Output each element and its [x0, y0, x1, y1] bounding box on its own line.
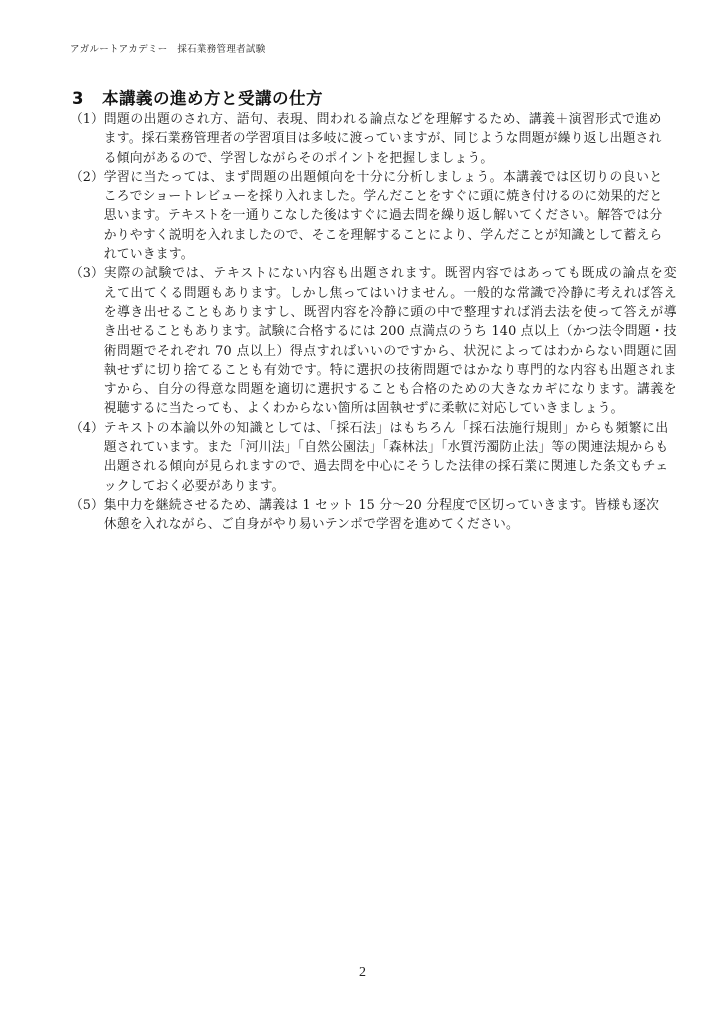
item-label: （1） — [70, 110, 104, 168]
item-label: （2） — [70, 168, 104, 264]
text-line: テキストの本論以外の知識としては、「採石法」はもちろん「採石法施行規則」からも頻… — [104, 419, 669, 438]
text-line: る傾向があるので、学習しながらそのポイントを把握しましょう。 — [104, 149, 662, 168]
section-title-text: 本講義の進め方と受講の仕方 — [102, 89, 323, 108]
text-line: 視聴するに当たっても、よくわからない箇所は固執せずに柔軟に対応していきましょう。 — [104, 399, 677, 418]
text-line: ます。採石業務管理者の学習項目は多岐に渡っていますが、同じような問題が繰り返し出… — [104, 129, 662, 148]
text-line: 学習に当たっては、まず問題の出題傾向を十分に分析しましょう。本講義では区切りの良… — [104, 168, 663, 187]
text-line: 集中力を継続させるため、講義は 1 セット 15 分～20 分程度で区切っていき… — [104, 496, 659, 515]
text-line: を導き出せることもありますし、既習内容を冷静に頭の中で整理すれば消去法を使って答… — [104, 303, 677, 322]
text-line: えて出てくる問題もあります。しかし焦ってはいけません。一般的な常識で冷静に考えれ… — [104, 284, 677, 303]
section-number: 3 — [72, 89, 102, 108]
text-line: 実際の試験では、テキストにない内容も出題されます。既習内容ではあっても既成の論点… — [104, 264, 677, 283]
paragraph-item-2: （2） 学習に当たっては、まず問題の出題傾向を十分に分析しましょう。本講義では区… — [70, 168, 638, 264]
page-number: 2 — [0, 965, 725, 981]
text-line: 術問題でそれぞれ 70 点以上）得点すればいいのですから、状況によってはわからな… — [104, 342, 677, 361]
paragraph-item-1: （1） 問題の出題のされ方、語句、表現、問われる論点などを理解するため、講義＋演… — [70, 110, 638, 168]
text-line: ックしておく必要があります。 — [104, 477, 669, 496]
text-line: 問題の出題のされ方、語句、表現、問われる論点などを理解するため、講義＋演習形式で… — [104, 110, 662, 129]
paragraph-item-3: （3） 実際の試験では、テキストにない内容も出題されます。既習内容ではあっても既… — [70, 264, 638, 418]
paragraph-item-4: （4） テキストの本論以外の知識としては、「採石法」はもちろん「採石法施行規則」… — [70, 419, 638, 496]
text-line: すから、自分の得意な問題を適切に選択することも合格のための大きなカギになります。… — [104, 380, 677, 399]
paragraph-item-5: （5） 集中力を継続させるため、講義は 1 セット 15 分～20 分程度で区切… — [70, 496, 638, 535]
text-line: かりやすく説明を入れましたので、そこを理解することにより、学んだことが知識として… — [104, 226, 663, 245]
running-header: アガルートアカデミー 採石業務管理者試験 — [70, 41, 266, 55]
text-line: 思います。テキストを一通りこなした後はすぐに過去問を繰り返し解いてください。解答… — [104, 206, 663, 225]
text-line: き出せることもあります。試験に合格するには 200 点満点のうち 140 点以上… — [104, 322, 677, 341]
item-label: （5） — [70, 496, 104, 535]
text-line: 題されています。また「河川法」「自然公園法」「森林法」「水質汚濁防止法」等の関連… — [104, 438, 669, 457]
section-title: 3本講義の進め方と受講の仕方 — [72, 85, 323, 109]
item-label: （3） — [70, 264, 104, 418]
text-line: 執せずに切り捨てることも有効です。特に選択の技術問題ではかなり専門的な内容も出題… — [104, 361, 677, 380]
item-label: （4） — [70, 419, 104, 496]
text-line: ころでショートレビューを採り入れました。学んだことをすぐに頭に焼き付けるのに効果… — [104, 187, 663, 206]
text-line: 休憩を入れながら、ご自身がやり易いテンポで学習を進めてください。 — [104, 515, 659, 534]
text-line: れていきます。 — [104, 245, 663, 264]
text-line: 出題される傾向が見られますので、過去問を中心にそうした法律の採石業に関連した条文… — [104, 457, 669, 476]
numbered-paragraph-list: （1） 問題の出題のされ方、語句、表現、問われる論点などを理解するため、講義＋演… — [70, 110, 638, 535]
